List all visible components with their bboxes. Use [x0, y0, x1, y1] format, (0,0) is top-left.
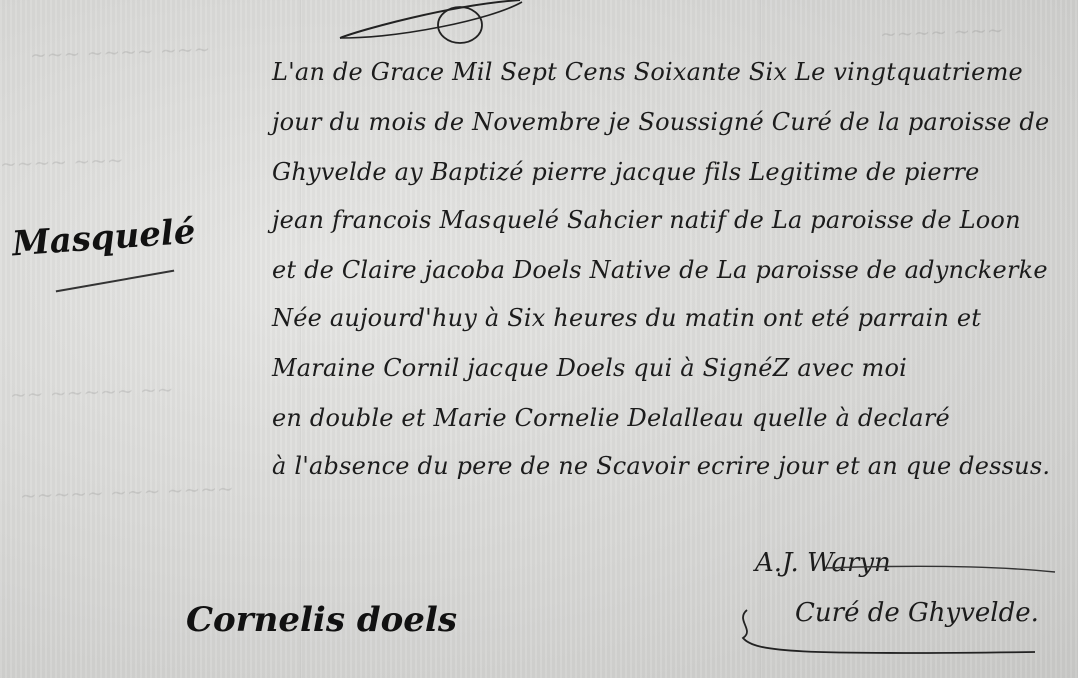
bleed-through-text: ~~~~ ~~~	[880, 18, 1004, 46]
record-line: Maraine Cornil jacque Doels qui à SignéZ…	[272, 354, 907, 382]
register-page: ~~~ ~~~~ ~~~ ~~~~ ~~~ ~~ ~~~~~ ~~ ~~~~~ …	[0, 0, 1078, 678]
record-line: Née aujourd'huy à Six heures du matin on…	[272, 304, 981, 332]
margin-child-surname: Masquelé	[11, 212, 197, 265]
bleed-through-text: ~~~~~ ~~~ ~~~~	[20, 476, 235, 507]
record-line: et de Claire jacoba Doels Native de La p…	[272, 256, 1048, 284]
signature-swash-icon	[735, 560, 1065, 660]
bleed-through-text: ~~~ ~~~~ ~~~	[30, 37, 211, 67]
paper-fold-line	[300, 0, 301, 678]
record-line: à l'absence du pere de ne Scavoir ecrire…	[272, 452, 1050, 480]
godparent-signature: Cornelis doels	[186, 600, 457, 640]
record-line: L'an de Grace Mil Sept Cens Soixante Six…	[272, 58, 1023, 86]
record-line: jour du mois de Novembre je Soussigné Cu…	[272, 108, 1049, 136]
bleed-through-text: ~~~~ ~~~	[0, 148, 124, 176]
record-line: jean francois Masquelé Sahcier natif de …	[272, 206, 1021, 234]
record-line: Ghyvelde ay Baptizé pierre jacque fils L…	[272, 158, 980, 186]
top-flourish-icon	[290, 0, 530, 50]
margin-underline	[56, 270, 175, 293]
bleed-through-text: ~~ ~~~~~ ~~	[10, 377, 174, 407]
record-line: en double et Marie Cornelie Delalleau qu…	[272, 404, 950, 432]
